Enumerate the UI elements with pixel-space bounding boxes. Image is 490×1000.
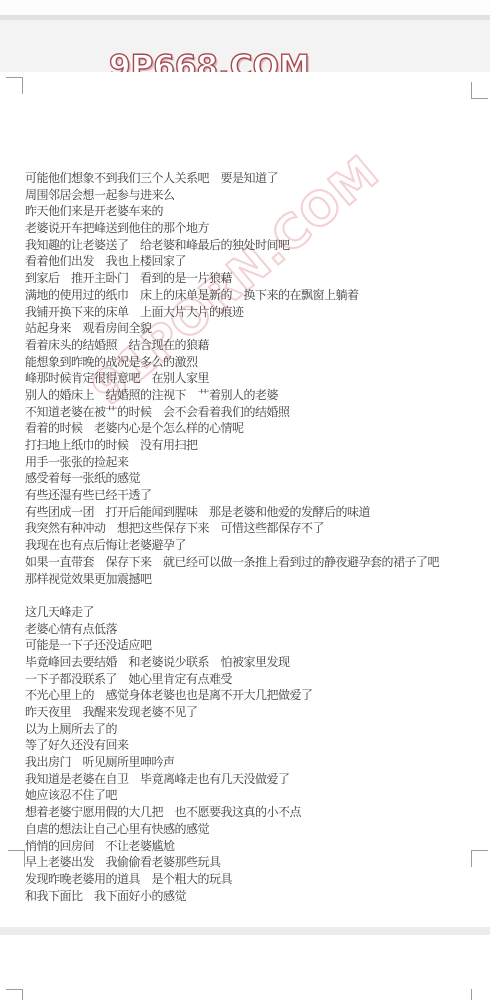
page1-bottom-left-crop-mark	[8, 850, 25, 867]
text-line: 等了好久还没有回来	[25, 737, 465, 754]
text-line: 到家后 推开主卧门 看到的是一片狼藉	[25, 270, 465, 287]
text-line: 昨天他们来是开老婆车来的	[25, 203, 465, 220]
text-line: 早上老婆出发 我偷偷看老婆那些玩具	[25, 854, 465, 871]
text-line: 可能是一下子还没适应吧	[25, 637, 465, 654]
document-page-2	[0, 935, 490, 1000]
blank-line	[25, 587, 465, 604]
text-line: 和我下面比 我下面好小的感觉	[25, 888, 465, 905]
text-line: 看着的时候 老婆内心是个怎么样的心情呢	[25, 420, 465, 437]
text-line: 感受着每一张纸的感觉	[25, 470, 465, 487]
page-gap	[0, 927, 490, 935]
page2-top-left-crop-mark	[6, 989, 23, 1000]
text-line: 我知趣的让老婆送了 给老婆和峰最后的独处时间吧	[25, 237, 465, 254]
text-line: 一下子都没联系了 她心里肯定有点难受	[25, 671, 465, 688]
text-line: 峰那时候肯定很得意吧 在别人家里	[25, 370, 465, 387]
text-line: 可能他们想象不到我们三个人关系吧 要是知道了	[25, 170, 465, 187]
text-line: 我知道是老婆在自卫 毕竟离峰走也有几天没做爱了	[25, 771, 465, 788]
text-line: 有些团成一团 打开后能闻到腥味 那是老婆和他爱的发酵后的味道	[25, 504, 465, 521]
text-line: 我铺开换下来的床单 上面大片大片的痕迹	[25, 304, 465, 321]
text-line: 周围邻居会想一起参与进来么	[25, 187, 465, 204]
page1-bottom-right-crop-mark	[471, 850, 488, 867]
text-line: 昨天夜里 我醒来发现老婆不见了	[25, 704, 465, 721]
document-page: 91PORN.COM 可能他们想象不到我们三个人关系吧 要是知道了周围邻居会想一…	[0, 72, 490, 927]
text-line: 能想象到昨晚的战况是多么的激烈	[25, 354, 465, 371]
page1-top-right-crop-mark	[471, 82, 488, 99]
text-line: 我现在也有点后悔让老婆避孕了	[25, 537, 465, 554]
text-line: 有些还湿有些已经干透了	[25, 487, 465, 504]
text-line: 如果一直带套 保存下来 就已经可以做一条推上看到过的静夜避孕套的裙子了吧	[25, 554, 465, 571]
text-line: 我突然有种冲动 想把这些保存下来 可惜这些都保存不了	[25, 520, 465, 537]
text-line: 想着老婆宁愿用假的大几把 也不愿要我这真的小不点	[25, 804, 465, 821]
top-strip	[0, 0, 490, 15]
text-line: 发现昨晚老婆用的道具 是个粗大的玩具	[25, 871, 465, 888]
text-line: 站起身来 观看房间全貌	[25, 320, 465, 337]
text-line: 用手一张张的捡起来	[25, 454, 465, 471]
page2-top-right-crop-mark	[471, 989, 488, 1000]
text-line: 我出房门 听见厕所里呻吟声	[25, 754, 465, 771]
text-line: 以为上厕所去了的	[25, 721, 465, 738]
header-banner: 9P668.COM	[0, 20, 490, 72]
text-line: 不知道老婆在被艹的时候 会不会看着我们的结婚照	[25, 404, 465, 421]
text-line: 看着床头的结婚照 结合现在的狼藉	[25, 337, 465, 354]
text-line: 她应该忍不住了吧	[25, 787, 465, 804]
text-line: 老婆说开车把峰送到他住的那个地方	[25, 220, 465, 237]
text-line: 别人的婚床上 结婚照的注视下 艹着别人的老婆	[25, 387, 465, 404]
document-lines: 可能他们想象不到我们三个人关系吧 要是知道了周围邻居会想一起参与进来么昨天他们来…	[25, 170, 465, 904]
page1-top-left-crop-mark	[6, 77, 23, 94]
screen: { "header": { "logo_text": "9P668.COM" }…	[0, 0, 490, 1000]
text-line: 不光心里上的 感觉身体老婆也也是离不开大几把做爱了	[25, 687, 465, 704]
text-line: 毕竟峰回去要结婚 和老婆说少联系 怕被家里发现	[25, 654, 465, 671]
text-line: 悄悄的回房间 不让老婆尴尬	[25, 838, 465, 855]
text-line: 满地的使用过的纸巾 床上的床单是新的 换下来的在飘窗上躺着	[25, 287, 465, 304]
text-line: 自虐的想法让自己心里有快感的感觉	[25, 821, 465, 838]
text-line: 那样视觉效果更加震撼吧	[25, 571, 465, 588]
text-line: 打扫地上纸巾的时候 没有用扫把	[25, 437, 465, 454]
text-line: 看着他们出发 我也上楼回家了	[25, 253, 465, 270]
text-line: 老婆心情有点低落	[25, 621, 465, 638]
text-line: 这几天峰走了	[25, 604, 465, 621]
